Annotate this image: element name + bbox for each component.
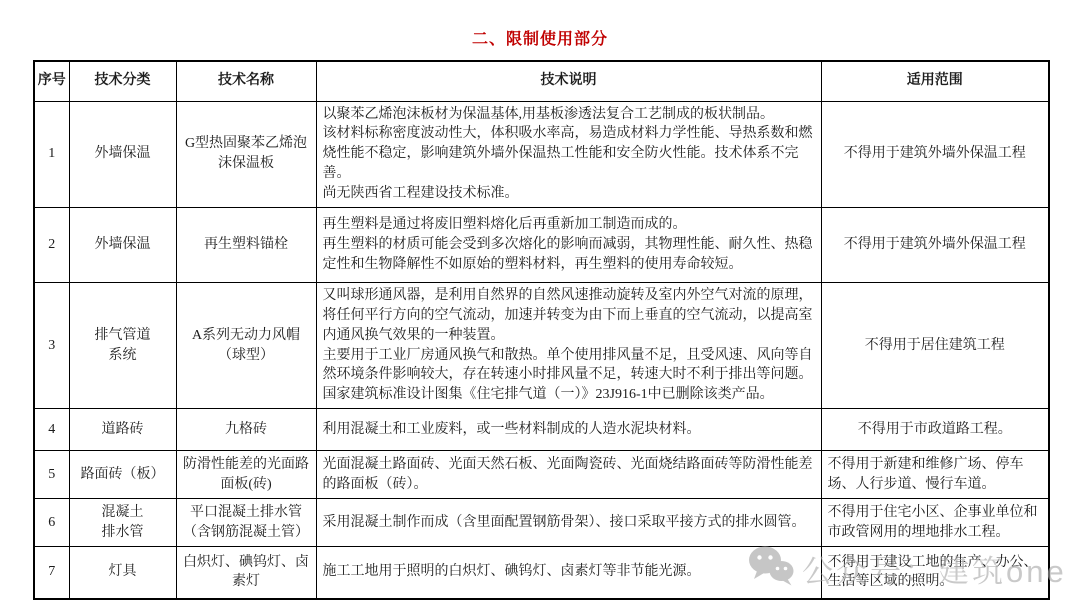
- cell-seq: 6: [34, 499, 69, 547]
- cell-description: 光面混凝土路面砖、光面天然石板、光面陶瓷砖、光面烧结路面砖等防滑性能差的路面板（…: [316, 451, 821, 499]
- table-header-row: 序号 技术分类 技术名称 技术说明 适用范围: [34, 61, 1049, 101]
- cell-description: 以聚苯乙烯泡沫板材为保温基体,用基板渗透法复合工艺制成的板状制品。 该材料标称密…: [316, 101, 821, 207]
- cell-description: 又叫球形通风器，是利用自然界的自然风速推动旋转及室内外空气对流的原理，将任何平行…: [316, 282, 821, 408]
- restricted-use-table: 序号 技术分类 技术名称 技术说明 适用范围 1 外墙保温 G型热固聚苯乙烯泡沫…: [33, 60, 1050, 600]
- cell-name: G型热固聚苯乙烯泡沫保温板: [176, 101, 316, 207]
- cell-scope: 不得用于建设工地的生产、办公、生活等区域的照明。: [821, 547, 1049, 599]
- cell-seq: 2: [34, 207, 69, 282]
- cell-scope: 不得用于市政道路工程。: [821, 409, 1049, 451]
- cell-seq: 3: [34, 282, 69, 408]
- table-row: 1 外墙保温 G型热固聚苯乙烯泡沫保温板 以聚苯乙烯泡沫板材为保温基体,用基板渗…: [34, 101, 1049, 207]
- cell-scope: 不得用于建筑外墙外保温工程: [821, 207, 1049, 282]
- cell-name: 防滑性能差的光面路面板(砖): [176, 451, 316, 499]
- page-title: 二、限制使用部分: [0, 26, 1080, 49]
- cell-category: 混凝土 排水管: [69, 499, 176, 547]
- cell-name: 平口混凝土排水管 （含钢筋混凝土管）: [176, 499, 316, 547]
- cell-scope: 不得用于住宅小区、企事业单位和市政管网用的埋地排水工程。: [821, 499, 1049, 547]
- cell-scope: 不得用于新建和维修广场、停车场、人行步道、慢行车道。: [821, 451, 1049, 499]
- cell-category: 外墙保温: [69, 207, 176, 282]
- cell-seq: 1: [34, 101, 69, 207]
- cell-category: 外墙保温: [69, 101, 176, 207]
- cell-name: 再生塑料锚栓: [176, 207, 316, 282]
- cell-description: 利用混凝土和工业废料，或一些材料制成的人造水泥块材料。: [316, 409, 821, 451]
- col-header-scope: 适用范围: [821, 61, 1049, 101]
- cell-seq: 4: [34, 409, 69, 451]
- cell-category: 路面砖（板）: [69, 451, 176, 499]
- cell-category: 灯具: [69, 547, 176, 599]
- table-row: 5 路面砖（板） 防滑性能差的光面路面板(砖) 光面混凝土路面砖、光面天然石板、…: [34, 451, 1049, 499]
- table-row: 4 道路砖 九格砖 利用混凝土和工业废料，或一些材料制成的人造水泥块材料。 不得…: [34, 409, 1049, 451]
- col-header-category: 技术分类: [69, 61, 176, 101]
- cell-description: 施工工地用于照明的白炽灯、碘钨灯、卤素灯等非节能光源。: [316, 547, 821, 599]
- col-header-description: 技术说明: [316, 61, 821, 101]
- cell-seq: 7: [34, 547, 69, 599]
- col-header-name: 技术名称: [176, 61, 316, 101]
- cell-scope: 不得用于建筑外墙外保温工程: [821, 101, 1049, 207]
- cell-seq: 5: [34, 451, 69, 499]
- table-row: 7 灯具 白炽灯、碘钨灯、卤素灯 施工工地用于照明的白炽灯、碘钨灯、卤素灯等非节…: [34, 547, 1049, 599]
- col-header-seq: 序号: [34, 61, 69, 101]
- table-row: 3 排气管道 系统 A系列无动力风帽（球型） 又叫球形通风器，是利用自然界的自然…: [34, 282, 1049, 408]
- cell-name: 九格砖: [176, 409, 316, 451]
- cell-name: 白炽灯、碘钨灯、卤素灯: [176, 547, 316, 599]
- document-page: 二、限制使用部分 序号 技术分类 技术名称 技术说明 适用范围 1 外墙保温 G…: [0, 0, 1080, 611]
- cell-scope: 不得用于居住建筑工程: [821, 282, 1049, 408]
- cell-category: 道路砖: [69, 409, 176, 451]
- table-row: 6 混凝土 排水管 平口混凝土排水管 （含钢筋混凝土管） 采用混凝土制作而成（含…: [34, 499, 1049, 547]
- cell-name: A系列无动力风帽（球型）: [176, 282, 316, 408]
- cell-category: 排气管道 系统: [69, 282, 176, 408]
- cell-description: 采用混凝土制作而成（含里面配置钢筋骨架）、接口采取平接方式的排水圆管。: [316, 499, 821, 547]
- table-row: 2 外墙保温 再生塑料锚栓 再生塑料是通过将废旧塑料熔化后再重新加工制造而成的。…: [34, 207, 1049, 282]
- cell-description: 再生塑料是通过将废旧塑料熔化后再重新加工制造而成的。 再生塑料的材质可能会受到多…: [316, 207, 821, 282]
